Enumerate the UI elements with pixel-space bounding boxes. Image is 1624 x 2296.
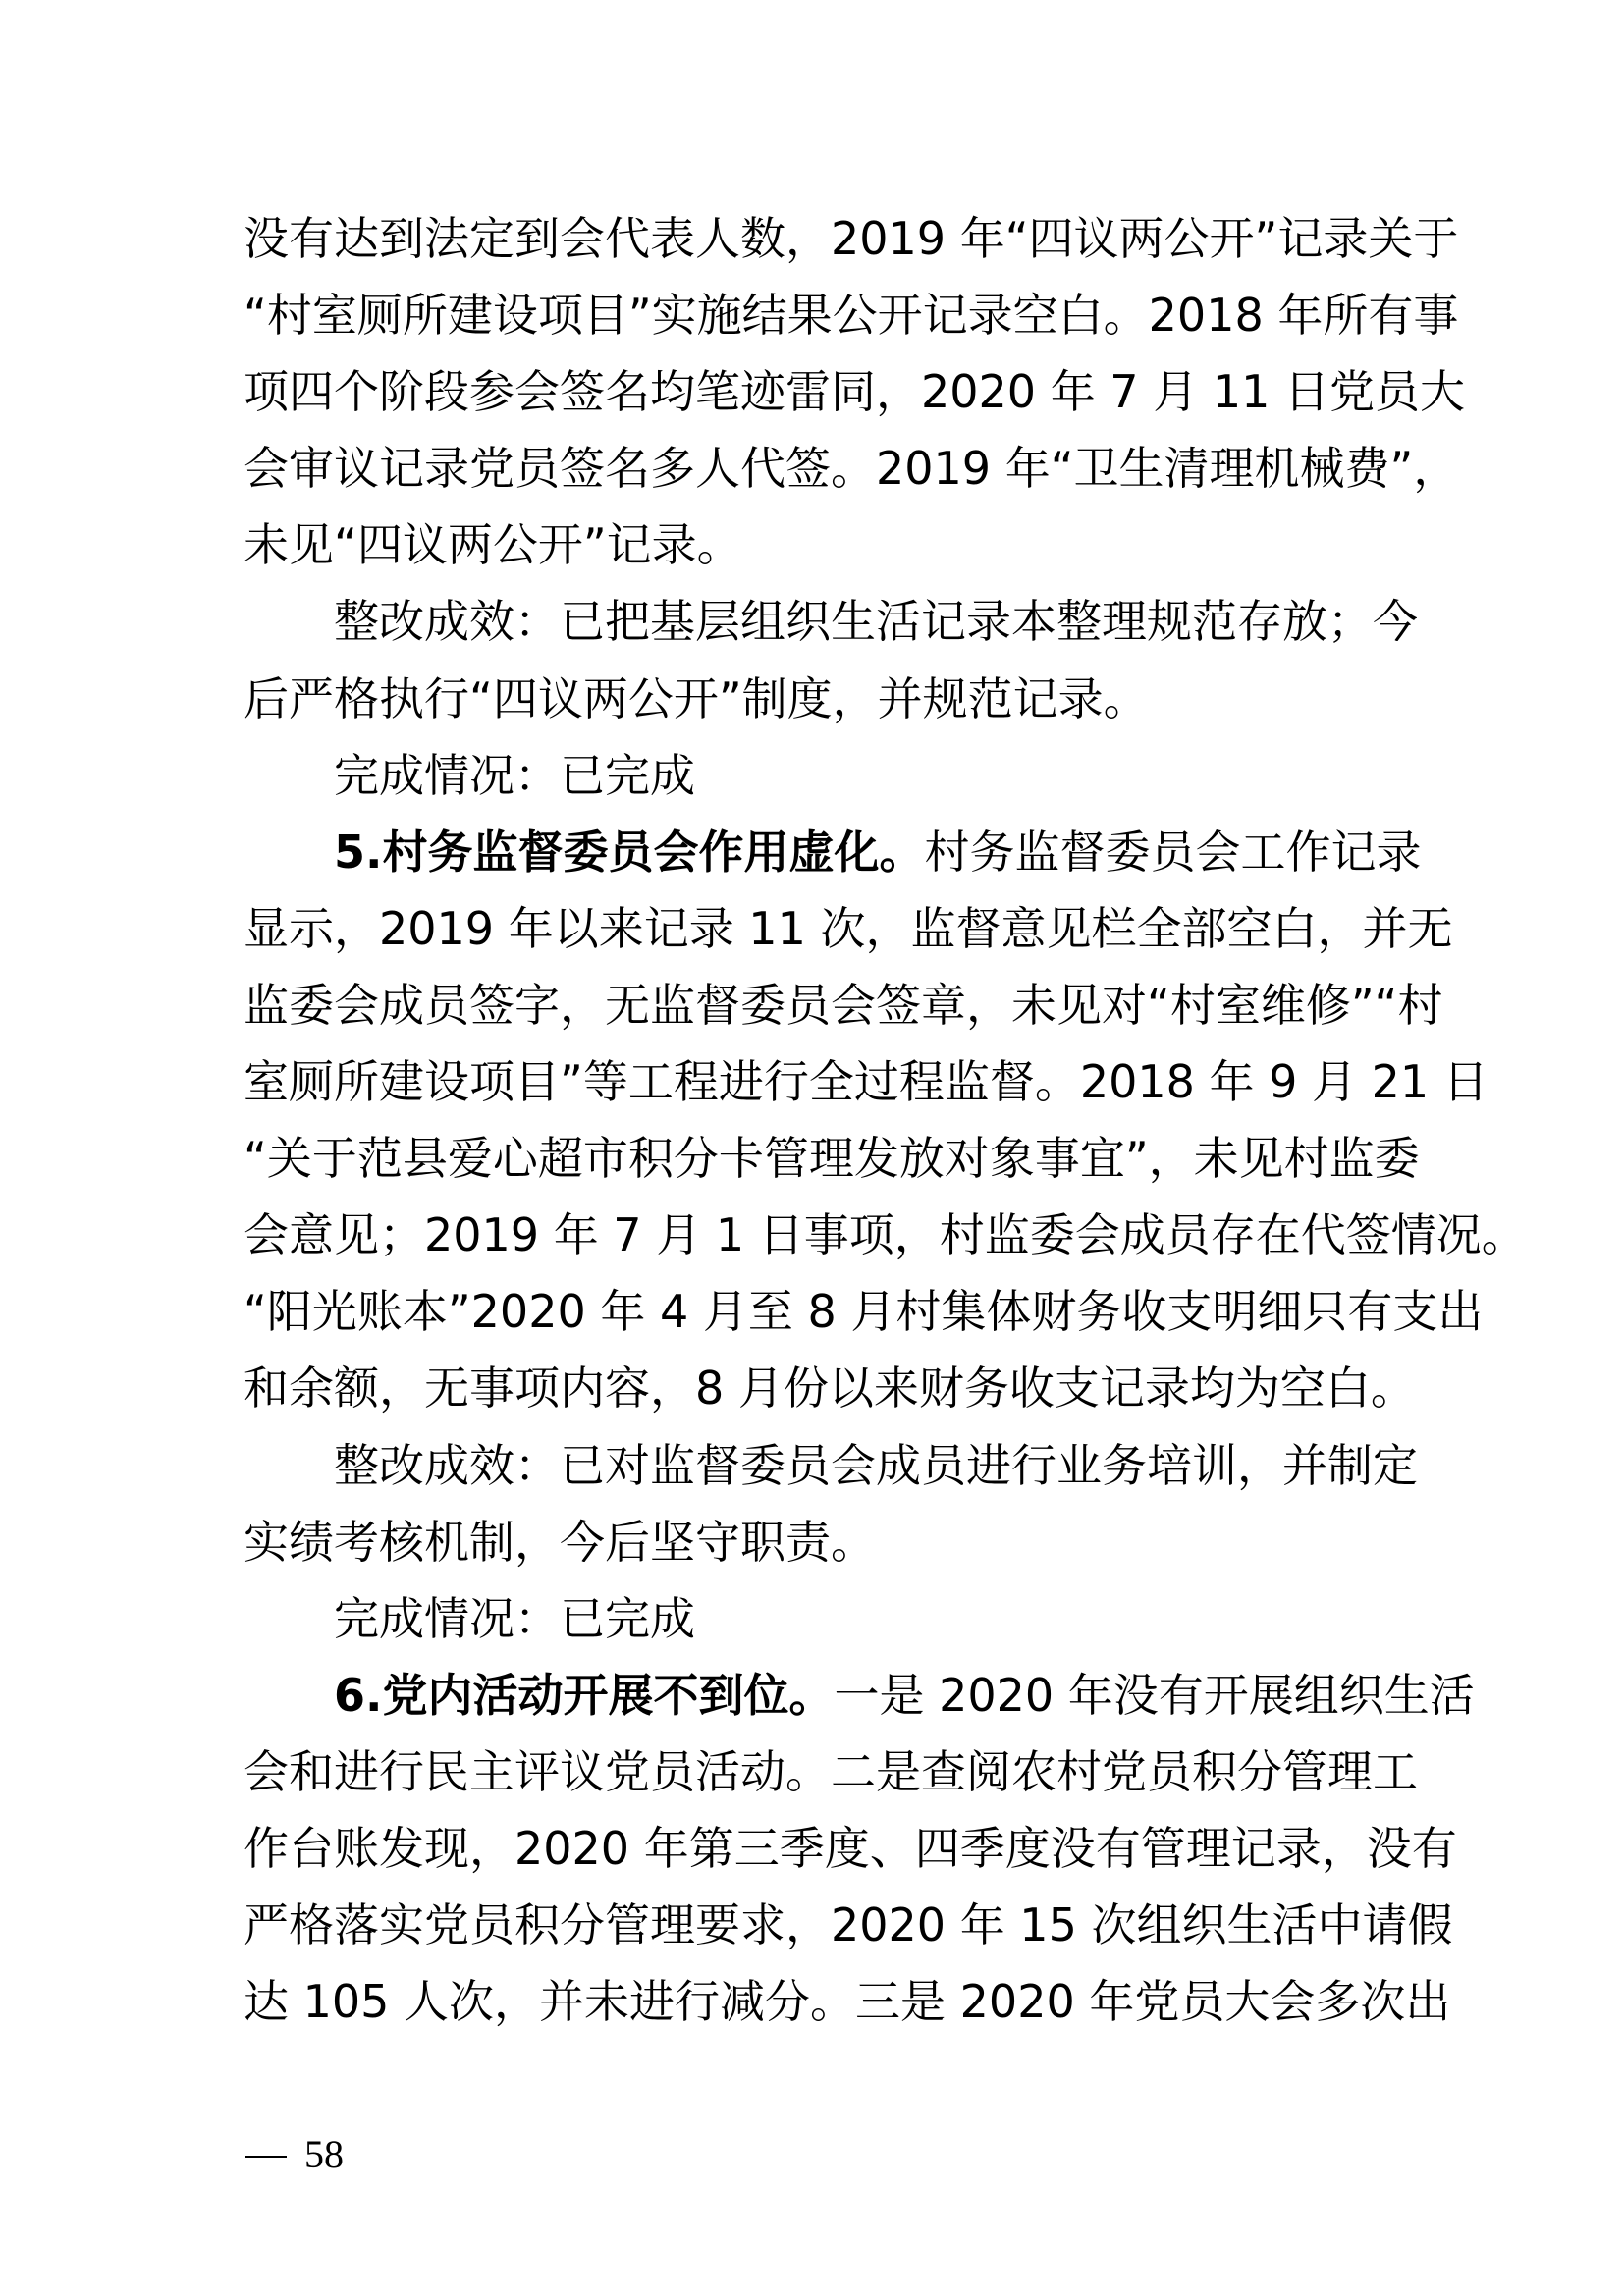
text-line: 未见“四议两公开”记录。 xyxy=(244,507,1382,583)
issue-5-text: 村务监督委员会工作记录 xyxy=(924,826,1421,879)
body-text: 没有达到法定到会代表人数，2019 年“四议两公开”记录关于 “村室厕所建设项目… xyxy=(244,200,1382,2040)
text-line: 作台账发现，2020 年第三季度、四季度没有管理记录，没有 xyxy=(244,1810,1382,1887)
text-line: “关于范县爱心超市积分卡管理发放对象事宜”，未见村监委 xyxy=(244,1120,1382,1197)
text-line: 项四个阶段参会签名均笔迹雷同，2020 年 7 月 11 日党员大 xyxy=(244,353,1382,430)
issue-6-first-line: 6.党内活动开展不到位。一是 2020 年没有开展组织生活 xyxy=(244,1657,1382,1734)
page-number-value: 58 xyxy=(304,2132,344,2176)
text-line: 和余额，无事项内容，8 月份以来财务收支记录均为空白。 xyxy=(244,1350,1382,1426)
issue-5-first-line: 5.村务监督委员会作用虚化。村务监督委员会工作记录 xyxy=(244,814,1382,890)
rectification-line: 整改成效：已把基层组织生活记录本整理规范存放；今 xyxy=(244,583,1382,660)
rectification-line: 实绩考核机制，今后坚守职责。 xyxy=(244,1504,1382,1580)
text-line: 会和进行民主评议党员活动。二是查阅农村党员积分管理工 xyxy=(244,1734,1382,1810)
issue-5-heading: 5.村务监督委员会作用虚化。 xyxy=(334,826,924,879)
page-number: 58 xyxy=(245,2130,344,2179)
issue-6-text: 一是 2020 年没有开展组织生活 xyxy=(834,1669,1474,1722)
completion-status: 完成情况：已完成 xyxy=(244,1580,1382,1657)
text-line: 达 105 人次，并未进行减分。三是 2020 年党员大会多次出 xyxy=(244,1963,1382,2040)
rectification-line: 后严格执行“四议两公开”制度，并规范记录。 xyxy=(244,661,1382,737)
text-line: 室厕所建设项目”等工程进行全过程监督。2018 年 9 月 21 日 xyxy=(244,1043,1382,1120)
document-page: 没有达到法定到会代表人数，2019 年“四议两公开”记录关于 “村室厕所建设项目… xyxy=(0,0,1624,2296)
text-line: “村室厕所建设项目”实施结果公开记录空白。2018 年所有事 xyxy=(244,277,1382,353)
page-number-dash xyxy=(245,2156,287,2158)
text-line: 显示，2019 年以来记录 11 次，监督意见栏全部空白，并无 xyxy=(244,890,1382,967)
completion-status: 完成情况：已完成 xyxy=(244,737,1382,814)
text-line: 没有达到法定到会代表人数，2019 年“四议两公开”记录关于 xyxy=(244,200,1382,277)
text-line: 严格落实党员积分管理要求，2020 年 15 次组织生活中请假 xyxy=(244,1887,1382,1963)
text-line: 会审议记录党员签名多人代签。2019 年“卫生清理机械费”， xyxy=(244,430,1382,507)
text-line: 监委会成员签字，无监督委员会签章，未见对“村室维修”“村 xyxy=(244,967,1382,1043)
issue-6-heading: 6.党内活动开展不到位。 xyxy=(334,1669,834,1722)
text-line: 会意见；2019 年 7 月 1 日事项，村监委会成员存在代签情况。 xyxy=(244,1197,1382,1273)
rectification-line: 整改成效：已对监督委员会成员进行业务培训，并制定 xyxy=(244,1427,1382,1504)
text-line: “阳光账本”2020 年 4 月至 8 月村集体财务收支明细只有支出 xyxy=(244,1273,1382,1350)
